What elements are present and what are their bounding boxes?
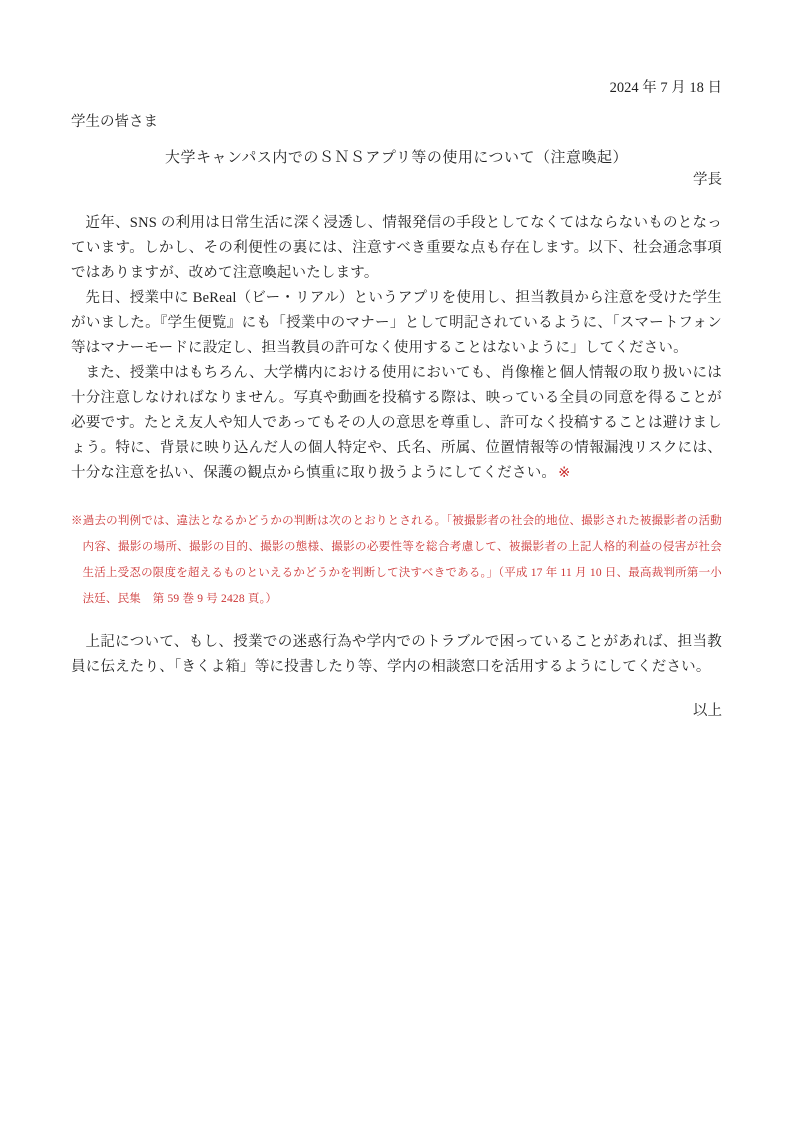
- document-date: 2024 年 7 月 18 日: [71, 78, 722, 98]
- sender-line: 学長: [71, 170, 722, 190]
- document-title: 大学キャンパス内でのＳＮＳアプリ等の使用について（注意喚起）: [71, 148, 722, 169]
- footnote-reference-marker: ※: [558, 465, 570, 481]
- recipient-line: 学生の皆さま: [71, 112, 722, 132]
- paragraph-intro: 近年、SNS の利用は日常生活に深く浸透し、情報発信の手段としてなくてはならない…: [71, 211, 722, 286]
- body-text-block: 近年、SNS の利用は日常生活に深く浸透し、情報発信の手段としてなくてはならない…: [71, 211, 722, 486]
- paragraph-privacy-text: また、授業中はもちろん、大学構内における使用においても、肖像権と個人情報の取り扱…: [71, 365, 722, 481]
- notice-document-page: 2024 年 7 月 18 日 学生の皆さま 大学キャンパス内でのＳＮＳアプリ等…: [0, 0, 794, 1123]
- paragraph-bereal-incident: 先日、授業中に BeReal（ビー・リアル）というアプリを使用し、担当教員から注…: [71, 286, 722, 361]
- paragraph-consultation: 上記について、もし、授業での迷惑行為や学内でのトラブルで困っていることがあれば、…: [71, 630, 722, 680]
- footnote-case-law: ※過去の判例では、違法となるかどうかの判断は次のとおりとされる。「被撮影者の社会…: [71, 508, 722, 612]
- closing-ijou: 以上: [71, 701, 722, 721]
- paragraph-privacy: また、授業中はもちろん、大学構内における使用においても、肖像権と個人情報の取り扱…: [71, 361, 722, 486]
